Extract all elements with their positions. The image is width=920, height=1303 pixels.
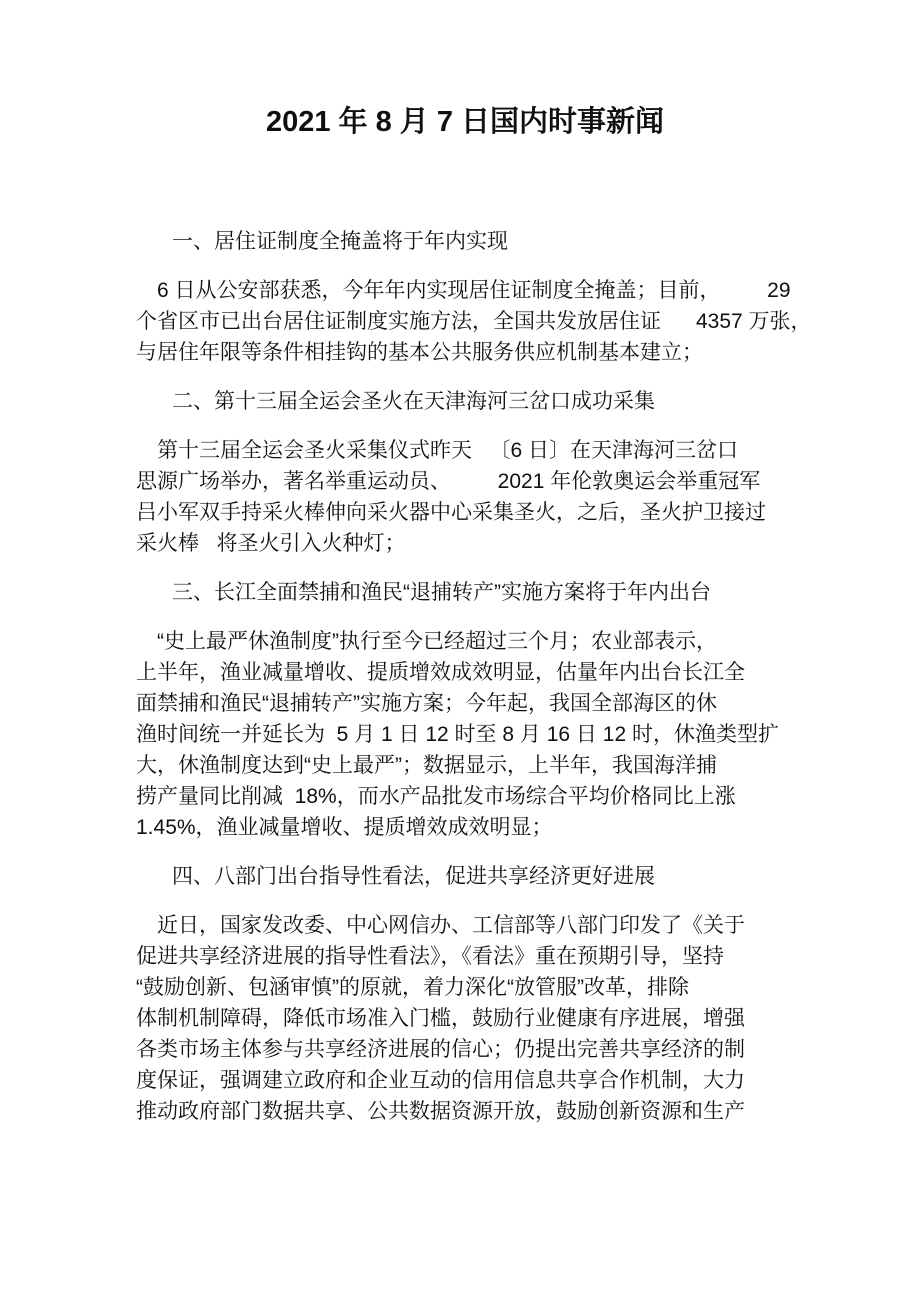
paragraph-2: 第十三届全运会圣火采集仪式昨天 〔6 日〕在天津海河三岔口 思源广场举办，著名举… — [136, 435, 794, 559]
paragraph-1: 6 日从公安部获悉，今年年内实现居住证制度全掩盖；目前， 29 个省区市已出台居… — [136, 275, 794, 368]
text-line: 体制机制障碍，降低市场准入门槛，鼓励行业健康有序进展，增强 — [136, 1003, 794, 1034]
paragraph-3: “史上最严休渔制度”执行至今已经超过三个月；农业部表示， 上半年，渔业减量增收、… — [136, 626, 794, 843]
section-heading-4: 四、八部门出台指导性看法，促进共享经济更好进展 — [172, 861, 794, 892]
section-heading-3: 三、长江全面禁捕和渔民“退捕转产”实施方案将于年内出台 — [172, 577, 794, 608]
section-heading-2: 二、第十三届全运会圣火在天津海河三岔口成功采集 — [172, 386, 794, 417]
text-line: “鼓励创新、包涵审慎”的原就，着力深化“放管服”改革，排除 — [136, 972, 794, 1003]
document-title: 2021 年 8 月 7 日国内时事新闻 — [136, 102, 794, 142]
document-page: 2021 年 8 月 7 日国内时事新闻 一、居住证制度全掩盖将于年内实现 6 … — [0, 0, 920, 1303]
text-line: 度保证，强调建立政府和企业互动的信用信息共享合作机制，大力 — [136, 1065, 794, 1096]
text-line: 面禁捕和渔民“退捕转产”实施方案；今年起，我国全部海区的休 — [136, 688, 794, 719]
text-line: 渔时间统一并延长为 5 月 1 日 12 时至 8 月 16 日 12 时，休渔… — [136, 719, 794, 750]
text-line: 思源广场举办，著名举重运动员、 2021 年伦敦奥运会举重冠军 — [136, 466, 794, 497]
text-line: “史上最严休渔制度”执行至今已经超过三个月；农业部表示， — [136, 626, 794, 657]
text-line: 吕小军双手持采火棒伸向采火器中心采集圣火，之后，圣火护卫接过 — [136, 497, 794, 528]
text-line: 近日，国家发改委、中心网信办、工信部等八部门印发了《关于 — [136, 910, 794, 941]
paragraph-4: 近日，国家发改委、中心网信办、工信部等八部门印发了《关于 促进共享经济进展的指导… — [136, 910, 794, 1127]
text-line: 采火棒 将圣火引入火种灯； — [136, 528, 794, 559]
text-line: 推动政府部门数据共享、公共数据资源开放，鼓励创新资源和生产 — [136, 1096, 794, 1127]
text-line: 大，休渔制度达到“史上最严”；数据显示，上半年，我国海洋捕 — [136, 750, 794, 781]
text-line: 各类市场主体参与共享经济进展的信心；仍提出完善共享经济的制 — [136, 1034, 794, 1065]
text-line: 捞产量同比削减 18%，而水产品批发市场综合平均价格同比上涨 — [136, 781, 794, 812]
text-line: 6 日从公安部获悉，今年年内实现居住证制度全掩盖；目前， 29 — [136, 275, 794, 306]
text-line: 上半年，渔业减量增收、提质增效成效明显，估量年内出台长江全 — [136, 657, 794, 688]
section-heading-1: 一、居住证制度全掩盖将于年内实现 — [172, 226, 794, 257]
text-line: 1.45%，渔业减量增收、提质增效成效明显； — [136, 812, 794, 843]
text-line: 与居住年限等条件相挂钩的基本公共服务供应机制基本建立； — [136, 337, 794, 368]
text-line: 促进共享经济进展的指导性看法》，《看法》重在预期引导，坚持 — [136, 941, 794, 972]
text-line: 个省区市已出台居住证制度实施方法，全国共发放居住证 4357 万张， — [136, 306, 794, 337]
text-line: 第十三届全运会圣火采集仪式昨天 〔6 日〕在天津海河三岔口 — [136, 435, 794, 466]
